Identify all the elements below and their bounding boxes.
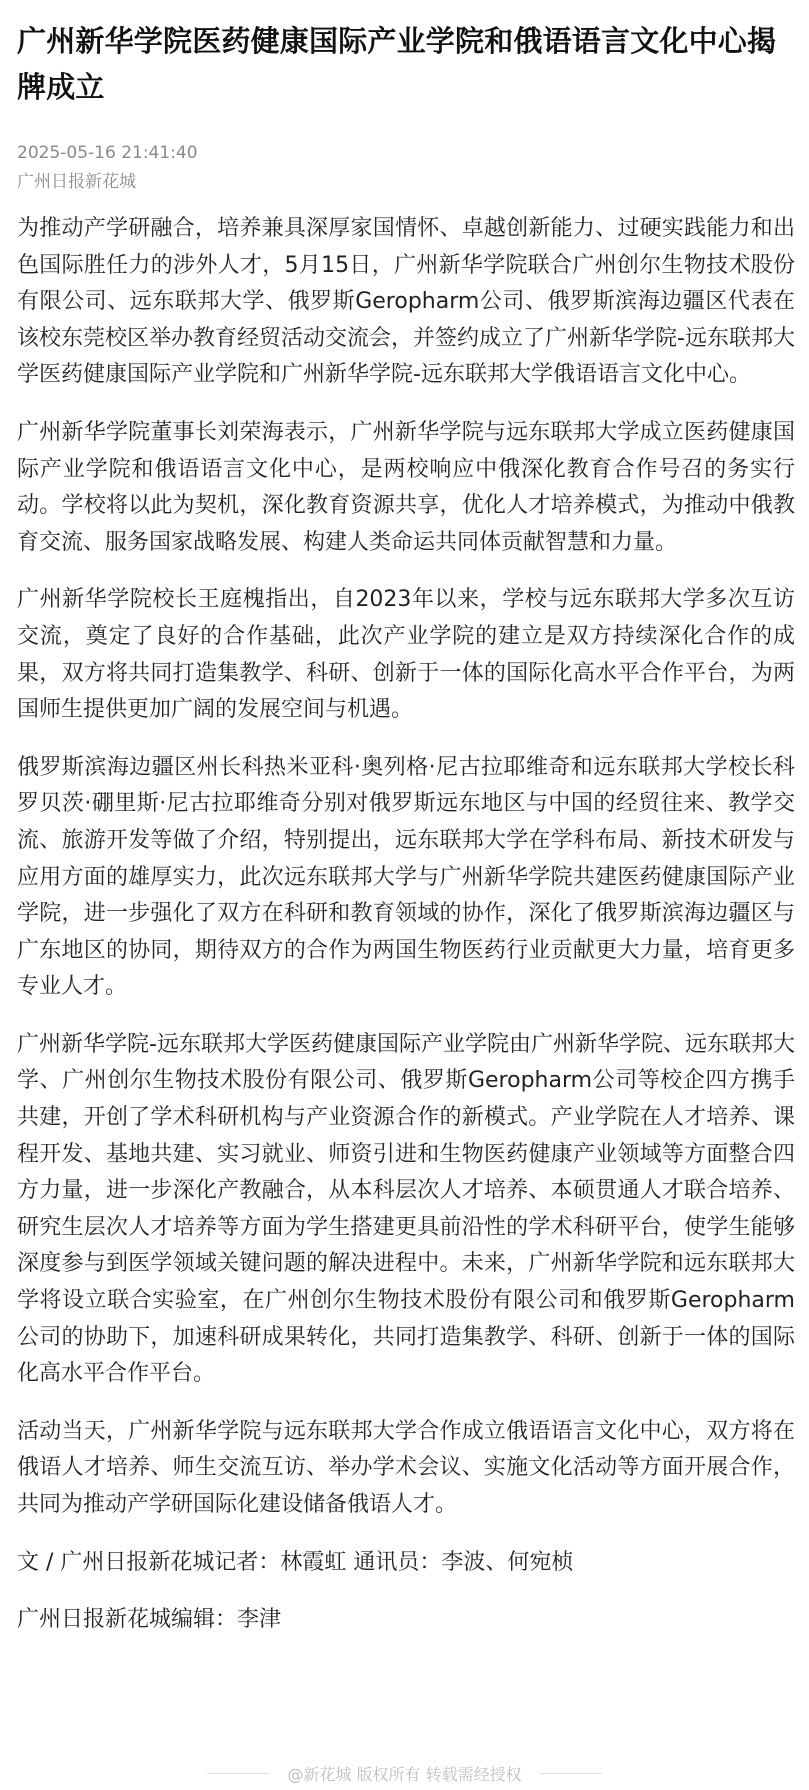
article-meta: 2025-05-16 21:41:40 广州日报新花城	[17, 139, 795, 197]
paragraph: 俄罗斯滨海边疆区州长科热米亚科·奥列格·尼古拉耶维奇和远东联邦大学校长科罗贝茨·…	[17, 750, 795, 1006]
byline: 文 / 广州日报新花城记者：林霞虹 通讯员：李波、何宛桢	[17, 1545, 795, 1582]
paragraph: 广州新华学院校长王庭槐指出，自2023年以来，学校与远东联邦大学多次互访交流，奠…	[17, 582, 795, 728]
copyright-footer: @新花城 版权所有 转载需经授权	[0, 1760, 809, 1786]
article-title: 广州新华学院医药健康国际产业学院和俄语语言文化中心揭牌成立	[17, 0, 795, 110]
paragraph: 广州新华学院-远东联邦大学医药健康国际产业学院由广州新华学院、远东联邦大学、广州…	[17, 1027, 795, 1393]
copyright-notice: @新花城 版权所有 转载需经授权	[287, 1762, 521, 1785]
article: 广州新华学院医药健康国际产业学院和俄语语言文化中心揭牌成立 2025-05-16…	[17, 0, 795, 1660]
paragraph: 为推动产学研融合，培养兼具深厚家国情怀、卓越创新能力、过硬实践能力和出色国际胜任…	[17, 211, 795, 394]
paragraph: 广州新华学院董事长刘荣海表示，广州新华学院与远东联邦大学成立医药健康国际产业学院…	[17, 415, 795, 561]
article-source: 广州日报新花城	[17, 168, 795, 197]
article-body: 为推动产学研融合，培养兼具深厚家国情怀、卓越创新能力、过硬实践能力和出色国际胜任…	[17, 211, 795, 1639]
paragraph: 活动当天，广州新华学院与远东联邦大学合作成立俄语语言文化中心，双方将在俄语人才培…	[17, 1414, 795, 1524]
editor-credit: 广州日报新花城编辑：李津	[17, 1602, 795, 1639]
divider-right	[540, 1773, 602, 1774]
divider-left	[207, 1773, 269, 1774]
publish-datetime: 2025-05-16 21:41:40	[17, 139, 795, 168]
